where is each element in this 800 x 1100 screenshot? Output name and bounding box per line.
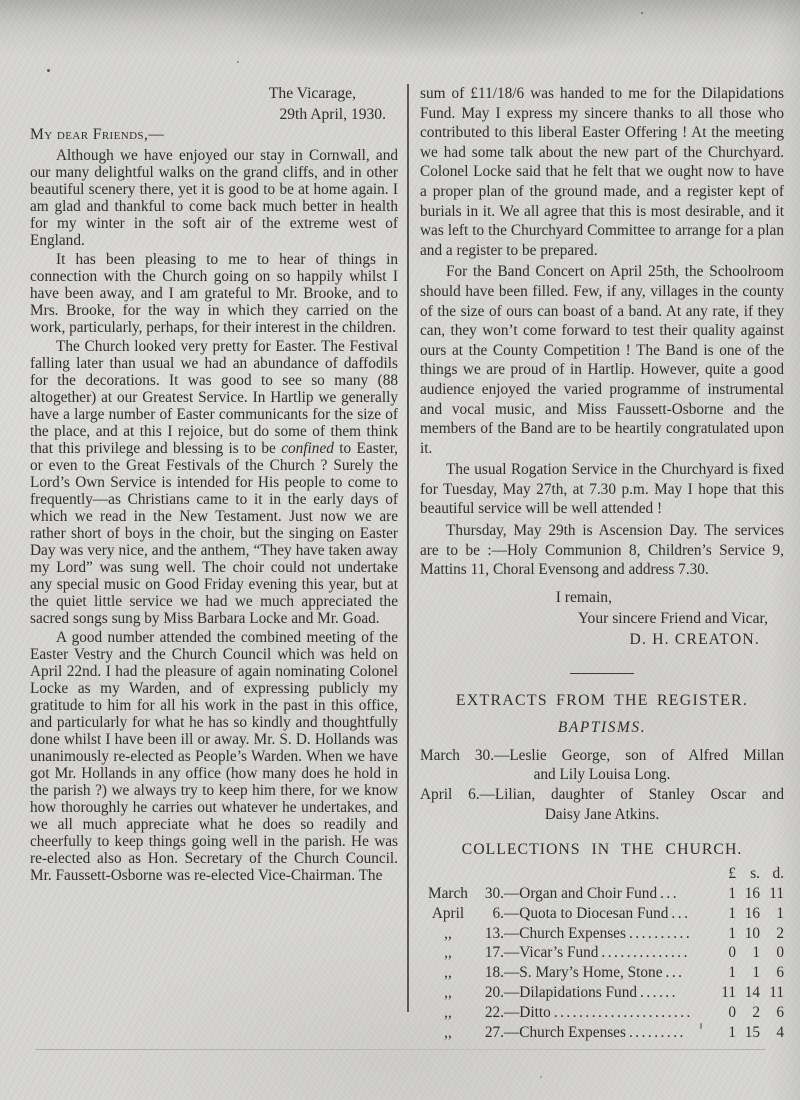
cell-month: ,,	[420, 1023, 476, 1043]
cell-day: 30.	[476, 884, 504, 904]
cell-shillings: 10	[736, 924, 760, 944]
baptisms-subtitle: BAPTISMS.	[420, 719, 784, 737]
cell-description: —Vicar’s Fund	[504, 943, 598, 963]
letter-paragraph: Although we have enjoyed our stay in Cor…	[30, 147, 398, 249]
cell-day: 6.	[476, 904, 504, 924]
letter-paragraph: The Church looked very pretty for Easter…	[30, 338, 398, 627]
collections-row: April 6. —Quota to Diocesan Fund ... 1 1…	[420, 904, 784, 924]
letter-paragraph: For the Band Concert on April 25th, the …	[420, 262, 784, 458]
letter-paragraph: It has been pleasing to me to hear of th…	[30, 251, 398, 336]
cell-description: —Organ and Choir Fund	[504, 884, 657, 904]
letterhead-date: 29th April, 1930.	[30, 105, 398, 126]
cell-month: April	[420, 904, 476, 924]
cell-pence: 6	[760, 963, 784, 983]
ink-speck	[540, 1076, 542, 1078]
closing-line: I remain,	[420, 587, 784, 608]
cell-month: ,,	[420, 924, 476, 944]
letter-paragraph: sum of £11/18/6 was handed to me for the…	[420, 84, 784, 260]
collections-section-title: COLLECTIONS IN THE CHURCH.	[420, 840, 784, 859]
cell-month: ,,	[420, 1003, 476, 1023]
leader-dots: ...	[668, 904, 706, 924]
cell-pence: 6	[760, 1003, 784, 1023]
salutation: My dear Friends,—	[30, 126, 398, 144]
cell-pence: 11	[760, 884, 784, 904]
cell-pounds: 1	[706, 884, 736, 904]
cell-shillings: 16	[736, 884, 760, 904]
header-pounds: £	[706, 864, 736, 884]
collections-row: ,, 20. —Dilapidations Fund ...... 11 14 …	[420, 983, 784, 1003]
collections-row: ,, 13. —Church Expenses .......... 1 10 …	[420, 924, 784, 944]
column-divider-rule	[407, 84, 409, 1012]
baptism-entry-line: April 6.—Lilian, daughter of Stanley Osc…	[420, 785, 784, 805]
cell-month: March	[420, 884, 476, 904]
cell-description: —Ditto	[504, 1003, 551, 1023]
collections-row: ,, 17. —Vicar’s Fund .............. 0 1 …	[420, 943, 784, 963]
cell-pounds: 1	[706, 904, 736, 924]
cell-description: —Church Expenses	[504, 924, 626, 944]
cell-month: ,,	[420, 983, 476, 1003]
collections-header-row: £ s. d.	[420, 864, 784, 884]
letter-paragraph: Thursday, May 29th is Ascension Day. The…	[420, 521, 784, 580]
paragraph-segment: to Easter, or even to the Great Festival…	[30, 440, 398, 627]
cell-day: 27.	[476, 1023, 504, 1043]
header-pence: d.	[760, 864, 784, 884]
cell-day: 18.	[476, 963, 504, 983]
cell-pence: 0	[760, 943, 784, 963]
cell-pounds: 0	[706, 943, 736, 963]
cell-pounds: 1	[706, 1023, 736, 1043]
ink-speck	[237, 61, 239, 63]
paper-crease-line	[36, 1049, 766, 1050]
parish-magazine-page: The Vicarage, 29th April, 1930. My dear …	[0, 0, 800, 1100]
cell-day: 20.	[476, 983, 504, 1003]
cell-shillings: 15	[736, 1023, 760, 1043]
header-spacer	[476, 864, 504, 884]
cell-day: 22.	[476, 1003, 504, 1023]
letter-paragraph: The usual Rogation Service in the Church…	[420, 460, 784, 519]
leader-dots: ..............	[598, 943, 706, 963]
cell-shillings: 1	[736, 943, 760, 963]
baptism-entry-line: Daisy Jane Atkins.	[420, 805, 784, 825]
right-column: sum of £11/18/6 was handed to me for the…	[420, 84, 784, 1042]
left-column: The Vicarage, 29th April, 1930. My dear …	[30, 84, 398, 886]
cell-pounds: 1	[706, 924, 736, 944]
cell-pounds: 11	[706, 983, 736, 1003]
section-divider-rule	[570, 673, 634, 674]
leader-dots: ..........	[626, 924, 706, 944]
collections-row: ,, 18. —S. Mary’s Home, Stone ... 1 1 6	[420, 963, 784, 983]
leader-dots: ......	[637, 983, 706, 1003]
leader-dots: ...	[663, 963, 707, 983]
ink-speck	[641, 12, 643, 14]
cell-description: —Quota to Diocesan Fund	[504, 904, 668, 924]
leader-dots: .........	[626, 1023, 706, 1043]
closing-line: Your sincere Friend and Vicar,	[420, 608, 784, 629]
letter-closing: I remain, Your sincere Friend and Vicar,…	[420, 587, 784, 650]
cell-shillings: 16	[736, 904, 760, 924]
cell-pounds: 0	[706, 1003, 736, 1023]
cell-month: ,,	[420, 943, 476, 963]
cell-shillings: 1	[736, 963, 760, 983]
cell-description: —S. Mary’s Home, Stone	[504, 963, 663, 983]
letterhead-address: The Vicarage,	[30, 84, 398, 105]
cell-shillings: 2	[736, 1003, 760, 1023]
collections-table: £ s. d. March 30. —Organ and Choir Fund …	[420, 864, 784, 1042]
cell-month: ,,	[420, 963, 476, 983]
header-shillings: s.	[736, 864, 760, 884]
ink-speck	[47, 69, 50, 72]
letterhead: The Vicarage, 29th April, 1930.	[30, 84, 398, 125]
header-spacer	[504, 864, 706, 884]
italic-word: confined	[281, 440, 334, 457]
cell-pence: 1	[760, 904, 784, 924]
cell-pounds: 1	[706, 963, 736, 983]
baptism-entry-line: March 30.—Leslie George, son of Alfred M…	[420, 746, 784, 766]
cell-shillings: 14	[736, 983, 760, 1003]
cell-day: 13.	[476, 924, 504, 944]
header-spacer	[420, 864, 476, 884]
baptism-entry-line: and Lily Louisa Long.	[420, 765, 784, 785]
cell-day: 17.	[476, 943, 504, 963]
collections-row: ,, 27. —Church Expenses ......... 1 15 4	[420, 1023, 784, 1043]
baptism-entries: March 30.—Leslie George, son of Alfred M…	[420, 746, 784, 824]
collections-row: March 30. —Organ and Choir Fund ... 1 16…	[420, 884, 784, 904]
register-section-title: EXTRACTS FROM THE REGISTER.	[420, 691, 784, 710]
cell-description: —Dilapidations Fund	[504, 983, 637, 1003]
leader-dots: ......................	[551, 1003, 706, 1023]
cell-pence: 2	[760, 924, 784, 944]
letter-paragraph: A good number attended the combined meet…	[30, 629, 398, 884]
signature: D. H. CREATON.	[420, 629, 784, 650]
cell-pence: 4	[760, 1023, 784, 1043]
cell-pence: 11	[760, 983, 784, 1003]
cell-description: —Church Expenses	[504, 1023, 626, 1043]
leader-dots: ...	[657, 884, 706, 904]
collections-row: ,, 22. —Ditto ...................... 0 2…	[420, 1003, 784, 1023]
